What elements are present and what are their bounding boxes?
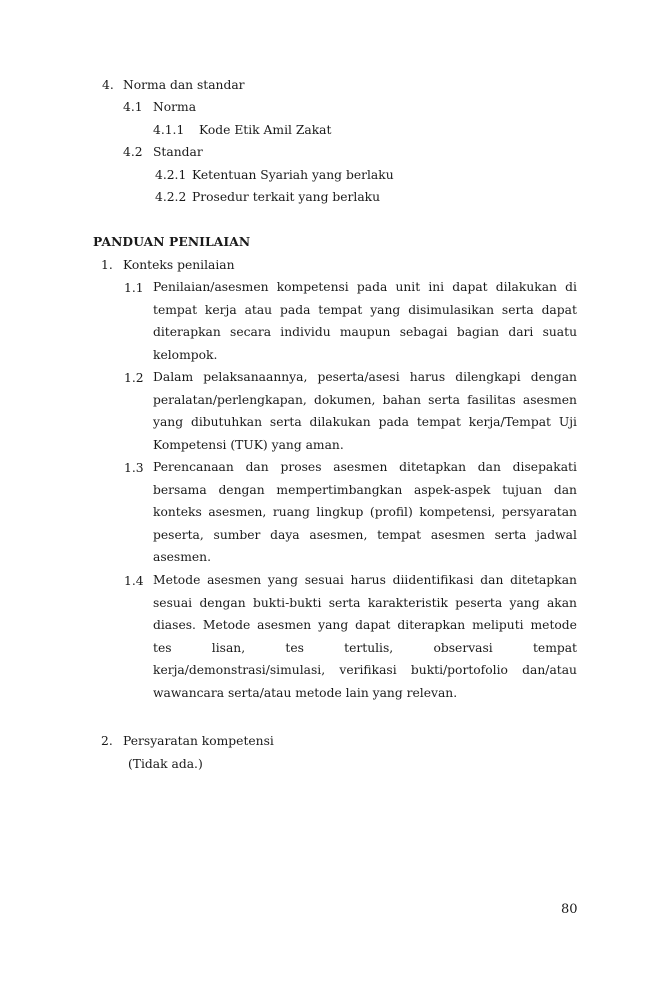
paragraph-line: Kompetensi (TUK) yang aman. (153, 434, 577, 457)
list-title: Persyaratan kompetensi (123, 733, 274, 749)
paragraph-1-1: Penilaian/asesmenkompetensipadaunitinida… (153, 276, 577, 366)
list-number: 2. (101, 733, 113, 749)
paragraph-line: peralatan/perlengkapan,dokumen,bahansert… (153, 389, 577, 412)
paragraph-line: diterapkansecaraindividumaupunsebagaibag… (153, 321, 577, 344)
document-page: 4. Norma dan standar 4.1 Norma 4.1.1 Kod… (0, 0, 654, 1000)
paragraph-line: wawancara serta/atau metode lain yang re… (153, 682, 577, 705)
paragraph-1-2: Dalampelaksanaannya,peserta/asesiharusdi… (153, 366, 577, 456)
subsection-title: Standar (153, 144, 203, 160)
paragraph-line: diases.Metodeasesmenyangdapatditerapkanm… (153, 614, 577, 637)
paragraph-1-4: Metodeasesmenyangsesuaiharusdiidentifika… (153, 569, 577, 705)
paragraph-line: sesuaidenganbukti-buktisertakarakteristi… (153, 592, 577, 615)
subsubsection-title: Kode Etik Amil Zakat (199, 122, 331, 138)
section-title: Norma dan standar (123, 77, 245, 93)
list-note: (Tidak ada.) (128, 756, 203, 772)
page-number: 80 (561, 902, 578, 917)
subsection-number: 4.1 (123, 99, 143, 115)
paragraph-line: yangdibutuhkansertadilakukanpadatempatke… (153, 411, 577, 434)
paragraph-line: peserta,sumberdayaasesmen,tempatasesmens… (153, 524, 577, 547)
section-number: 4. (102, 77, 114, 93)
paragraph-line: kerja/demonstrasi/simulasi,verifikasibuk… (153, 659, 577, 682)
paragraph-line: bersamadenganmempertimbangkanaspek-aspek… (153, 479, 577, 502)
subsubsection-number: 4.2.1 (155, 167, 186, 183)
paragraph-1-3: Perencanaandanprosesasesmenditetapkandan… (153, 456, 577, 569)
subsubsection-title: Ketentuan Syariah yang berlaku (192, 167, 394, 183)
paragraph-line: asesmen. (153, 546, 577, 569)
paragraph-line: konteksasesmen,ruanglingkup(profil)kompe… (153, 501, 577, 524)
paragraph-line: Dalampelaksanaannya,peserta/asesiharusdi… (153, 366, 577, 389)
section-heading: PANDUAN PENILAIAN (93, 234, 250, 250)
subsection-number: 4.2 (123, 144, 143, 160)
subsection-title: Norma (153, 99, 196, 115)
item-number: 1.3 (124, 460, 144, 476)
paragraph-line: kelompok. (153, 344, 577, 367)
list-title: Konteks penilaian (123, 257, 235, 273)
paragraph-line: Penilaian/asesmenkompetensipadaunitinida… (153, 276, 577, 299)
item-number: 1.4 (124, 573, 144, 589)
item-number: 1.1 (124, 280, 144, 296)
paragraph-line: tempatkerjaataupadatempatyangdisimulasik… (153, 299, 577, 322)
item-number: 1.2 (124, 370, 144, 386)
paragraph-line: teslisan,testertulis,observasitempat (153, 637, 577, 660)
paragraph-line: Metodeasesmenyangsesuaiharusdiidentifika… (153, 569, 577, 592)
subsubsection-title: Prosedur terkait yang berlaku (192, 189, 380, 205)
list-number: 1. (101, 257, 113, 273)
paragraph-line: Perencanaandanprosesasesmenditetapkandan… (153, 456, 577, 479)
subsubsection-number: 4.2.2 (155, 189, 186, 205)
subsubsection-number: 4.1.1 (153, 122, 184, 138)
